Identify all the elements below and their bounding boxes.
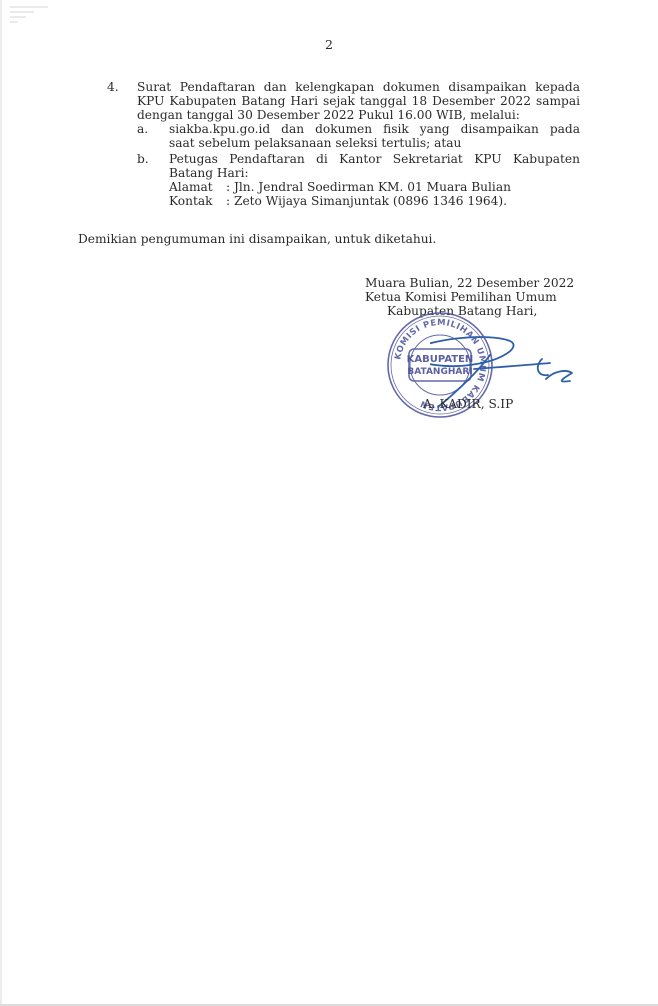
detail-value-address: : Jln. Jendral Soedirman KM. 01 Muara Bu… <box>226 180 511 194</box>
subitem-text-line: saat sebelum pelaksanaan seleksi tertuli… <box>169 136 461 150</box>
subitem-text-line: Batang Hari: <box>169 166 249 180</box>
page-edge <box>0 0 2 1006</box>
subitem-letter: a. <box>137 122 148 136</box>
item-text-line: dengan tanggal 30 Desember 2022 Pukul 16… <box>137 108 520 122</box>
item-number: 4. <box>107 80 119 94</box>
subitem-text-line: Petugas Pendaftaran di Kantor Sekretaria… <box>169 152 580 166</box>
subitem-text-line: siakba.kpu.go.id dan dokumen fisik yang … <box>169 122 580 136</box>
place-date: Muara Bulian, 22 Desember 2022 <box>365 276 595 290</box>
detail-value-contact: : Zeto Wijaya Simanjuntak (0896 1346 196… <box>226 194 507 208</box>
signatory-title: Ketua Komisi Pemilihan Umum <box>365 290 595 304</box>
detail-label-contact: Kontak <box>169 194 213 208</box>
subitem-letter: b. <box>137 152 149 166</box>
item-text-line: Surat Pendaftaran dan kelengkapan dokume… <box>137 80 580 94</box>
detail-label-address: Alamat <box>169 180 213 194</box>
page-number: 2 <box>0 37 658 52</box>
item-text-line: KPU Kabupaten Batang Hari sejak tanggal … <box>137 94 580 108</box>
closing-statement: Demikian pengumuman ini disampaikan, unt… <box>78 232 436 246</box>
bleed-through-marks <box>10 6 50 28</box>
signatory-name: A. KADIR, S.IP <box>423 397 513 411</box>
